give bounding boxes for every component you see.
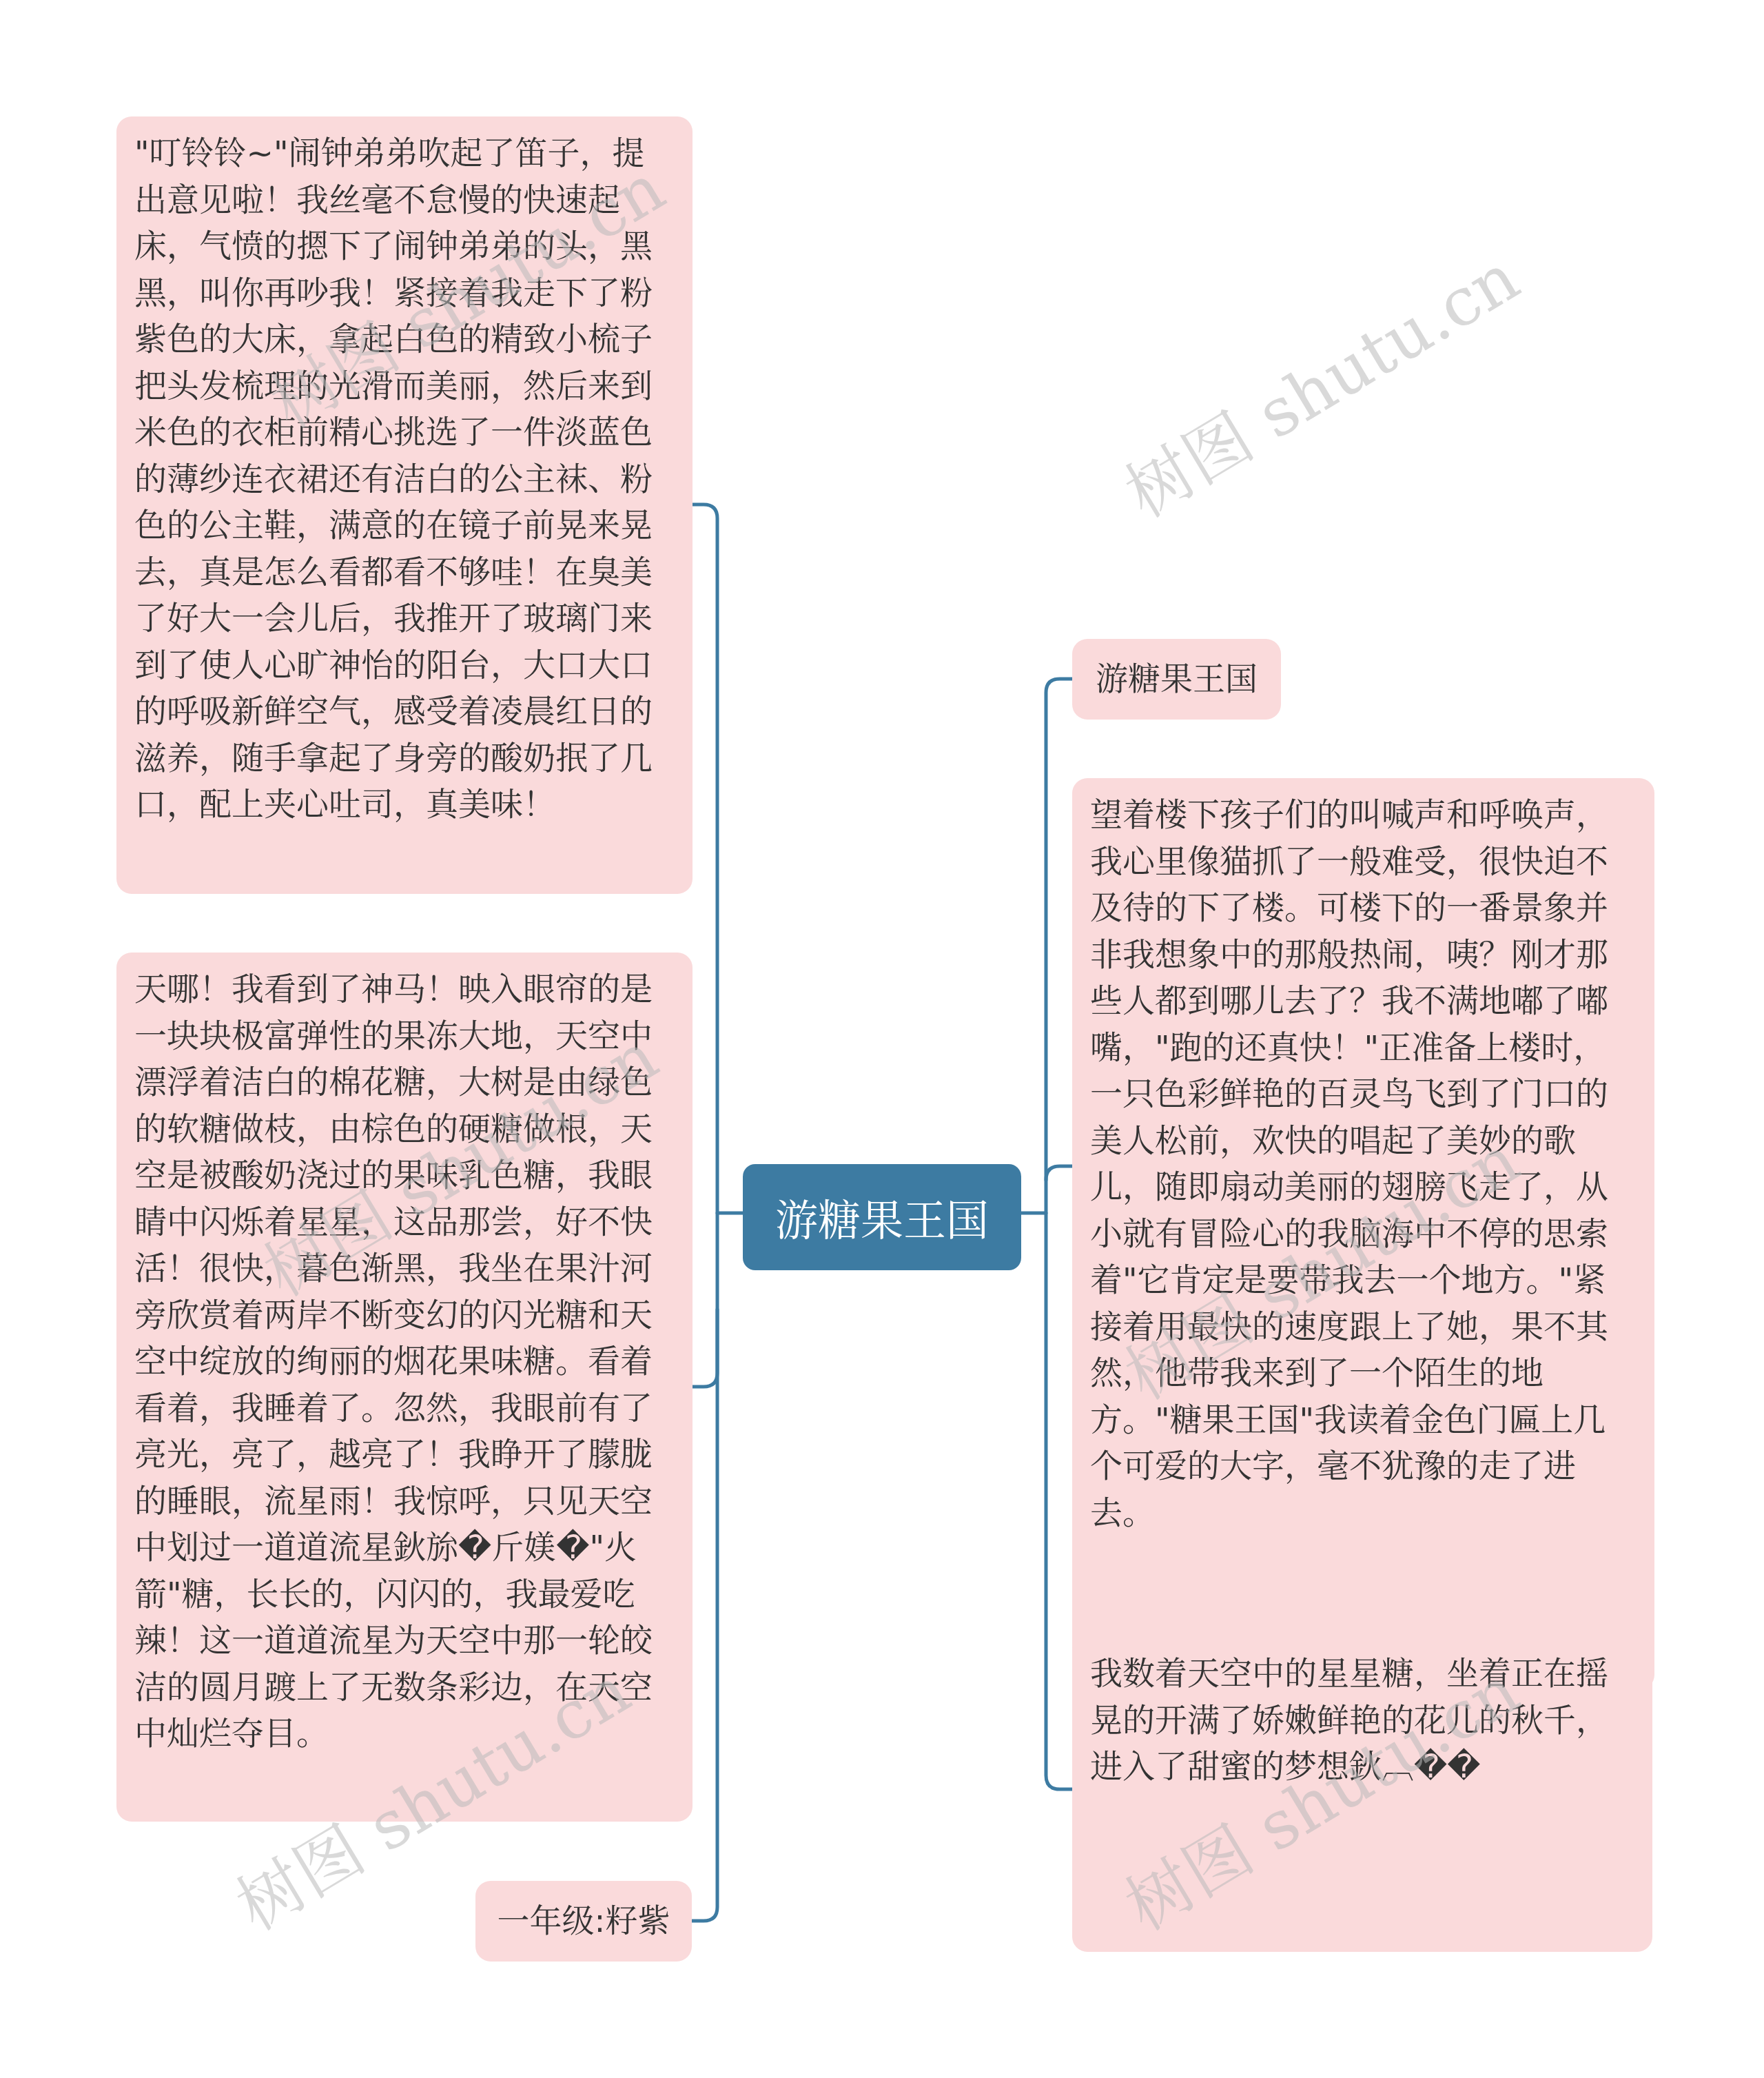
right-node-dream[interactable]: 我数着天空中的星星糖，坐着正在摇晃的开满了娇嫩鲜艳的花儿的秋千，进入了甜蜜的梦想… <box>1072 1637 1652 1952</box>
right-node-dream-text: 我数着天空中的星星糖，坐着正在摇晃的开满了娇嫩鲜艳的花儿的秋千，进入了甜蜜的梦想… <box>1090 1655 1608 1786</box>
right-branch-2-connector <box>1046 1166 1072 1180</box>
left-node-candy-world[interactable]: 天哪！我看到了神马！映入眼帘的是一块块极富弹性的果冻大地，天空中漂浮着洁白的棉花… <box>116 953 693 1822</box>
right-trunk <box>1046 679 1072 1789</box>
left-node-morning-text: "叮铃铃~"闹钟弟弟吹起了笛子，提出意见啦！我丝毫不怠慢的快速起床，气愤的摁下了… <box>134 134 653 824</box>
right-node-downstairs[interactable]: 望着楼下孩子们的叫喊声和呼唤声，我心里像猫抓了一般难受，很快迫不及待的下了楼。可… <box>1072 778 1654 1690</box>
left-node-author-text: 一年级:籽紫 <box>498 1898 670 1945</box>
right-node-downstairs-text: 望着楼下孩子们的叫喊声和呼唤声，我心里像猫抓了一般难受，很快迫不及待的下了楼。可… <box>1090 796 1608 1532</box>
left-trunk-lower <box>692 1310 717 1921</box>
left-node-author[interactable]: 一年级:籽紫 <box>475 1881 692 1962</box>
right-node-title-text: 游糖果王国 <box>1096 656 1258 703</box>
left-node-candy-world-text: 天哪！我看到了神马！映入眼帘的是一块块极富弹性的果冻大地，天空中漂浮着洁白的棉花… <box>134 970 653 1753</box>
left-trunk <box>693 505 717 1387</box>
root-node[interactable]: 游糖果王国 <box>743 1164 1021 1270</box>
right-node-title[interactable]: 游糖果王国 <box>1072 639 1281 720</box>
left-node-morning[interactable]: "叮铃铃~"闹钟弟弟吹起了笛子，提出意见啦！我丝毫不怠慢的快速起床，气愤的摁下了… <box>116 116 693 894</box>
root-node-label: 游糖果王国 <box>775 1187 989 1248</box>
